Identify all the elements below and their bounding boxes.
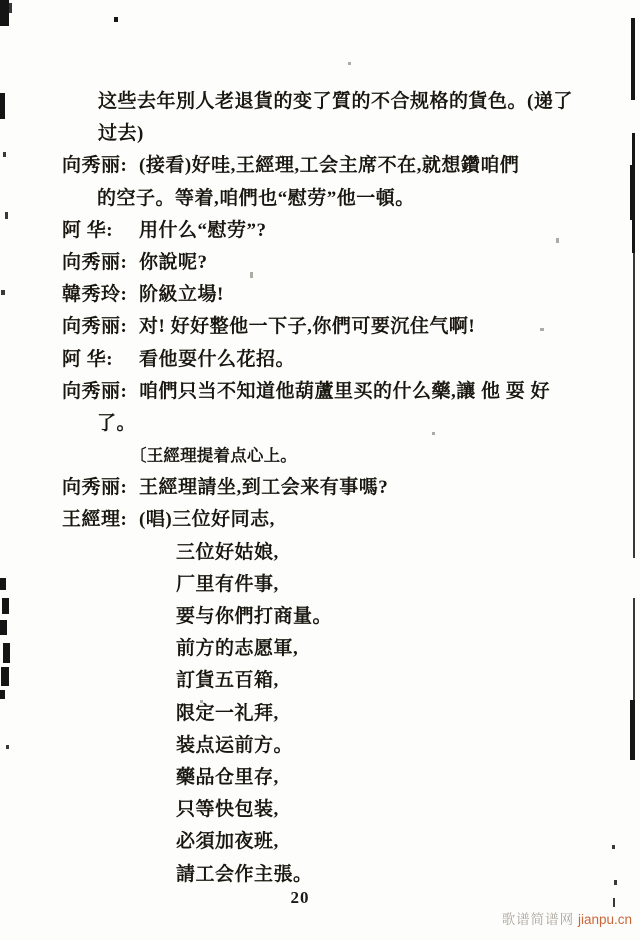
line-text: 前方的志愿軍, <box>176 638 298 659</box>
script-line-wrap: 了。 <box>0 408 640 440</box>
speaker-name: 向秀丽: <box>62 376 139 408</box>
line-text: 用什么“慰劳”? <box>139 215 267 247</box>
script-text-block: 这些去年別人老退貨的变了質的不合规格的貨色。(递了过去)向秀丽:(接看)好哇,王… <box>0 0 640 891</box>
line-text: (接看)好哇,王經理,工会主席不在,就想鑽咱們 <box>139 150 519 182</box>
speaker-name: 向秀丽: <box>62 150 139 182</box>
scan-speck <box>613 898 615 907</box>
speaker-name: 向秀丽: <box>62 311 139 343</box>
line-text: 过去) <box>98 123 144 144</box>
script-line-dialogue: 王經理:(唱)三位好同志, <box>0 504 640 536</box>
line-text: 必須加夜班, <box>176 831 279 852</box>
script-line-lyric: 装点运前方。 <box>0 730 640 762</box>
script-line-dialogue: 向秀丽:咱們只当不知道他葫蘆里买的什么藥,讓 他 耍 好 <box>0 376 640 408</box>
script-line-wrap-top: 过去) <box>0 118 640 150</box>
speaker-name: 阿 华: <box>62 344 139 376</box>
line-text: 王經理請坐,到工会来有事嗎? <box>139 472 388 504</box>
line-text: 厂里有件事, <box>176 574 279 595</box>
script-line-dialogue: 阿 华:看他耍什么花招。 <box>0 344 640 376</box>
page-number: 20 <box>0 888 600 908</box>
line-text: 咱們只当不知道他葫蘆里买的什么藥,讓 他 耍 好 <box>139 376 550 408</box>
line-text: 阶級立場! <box>139 279 224 311</box>
script-line-dialogue: 向秀丽:(接看)好哇,王經理,工会主席不在,就想鑽咱們 <box>0 150 640 182</box>
script-line-lyric: 限定一礼拜, <box>0 698 640 730</box>
line-text: 要与你們打商量。 <box>176 606 332 627</box>
script-line-lyric: 厂里有件事, <box>0 569 640 601</box>
script-line-dialogue: 韓秀玲:阶級立場! <box>0 279 640 311</box>
script-line-lyric: 前方的志愿軍, <box>0 633 640 665</box>
script-line-lyric: 要与你們打商量。 <box>0 601 640 633</box>
script-line-lyric: 訂貨五百箱, <box>0 665 640 697</box>
script-line-dialogue: 阿 华:用什么“慰劳”? <box>0 215 640 247</box>
line-text: 三位好姑娘, <box>176 542 279 563</box>
speaker-name: 阿 华: <box>62 215 139 247</box>
speaker-name: 韓秀玲: <box>62 279 139 311</box>
script-line-lyric: 只等快包装, <box>0 794 640 826</box>
script-line-lyric: 請工会作主張。 <box>0 859 640 891</box>
script-line-lyric: 三位好姑娘, <box>0 537 640 569</box>
line-text: 訂貨五百箱, <box>176 670 279 691</box>
line-text: 你說呢? <box>139 247 208 279</box>
script-line-lyric: 必須加夜班, <box>0 826 640 858</box>
script-line-dialogue: 向秀丽:王經理請坐,到工会来有事嗎? <box>0 472 640 504</box>
watermark-site-url[interactable]: jianpu.cn <box>578 912 632 927</box>
line-text: 的空子。等着,咱們也“慰劳”他一頓。 <box>97 188 415 209</box>
line-text: 装点运前方。 <box>176 735 293 756</box>
speaker-name: 向秀丽: <box>62 472 139 504</box>
script-line-dialogue: 向秀丽:你說呢? <box>0 247 640 279</box>
line-text: 了。 <box>97 413 136 434</box>
scanned-script-page: 这些去年別人老退貨的变了質的不合规格的貨色。(递了过去)向秀丽:(接看)好哇,王… <box>0 0 640 940</box>
line-text: 〔王經理提着点心上。 <box>130 446 297 465</box>
speaker-name: 向秀丽: <box>62 247 139 279</box>
watermark: 歌谱简谱网 jianpu.cn <box>502 908 632 928</box>
script-line-wrap-top: 这些去年別人老退貨的变了質的不合规格的貨色。(递了 <box>0 86 640 118</box>
speaker-name: 王經理: <box>62 504 139 536</box>
line-text: 对! 好好整他一下子,你們可要沉住气啊! <box>139 311 475 343</box>
watermark-site-name: 歌谱简谱网 <box>502 912 575 927</box>
line-text: 只等快包装, <box>176 799 279 820</box>
line-text: 限定一礼拜, <box>176 703 279 724</box>
line-text: 看他耍什么花招。 <box>139 344 295 376</box>
line-text: 这些去年別人老退貨的变了質的不合规格的貨色。(递了 <box>98 91 573 112</box>
script-line-dialogue: 向秀丽:对! 好好整他一下子,你們可要沉住气啊! <box>0 311 640 343</box>
script-line-lyric: 藥品仓里存, <box>0 762 640 794</box>
script-line-wrap: 的空子。等着,咱們也“慰劳”他一頓。 <box>0 183 640 215</box>
line-text: 藥品仓里存, <box>176 767 279 788</box>
script-line-stage: 〔王經理提着点心上。 <box>0 440 640 472</box>
line-text: (唱)三位好同志, <box>139 504 275 536</box>
line-text: 請工会作主張。 <box>176 864 313 885</box>
